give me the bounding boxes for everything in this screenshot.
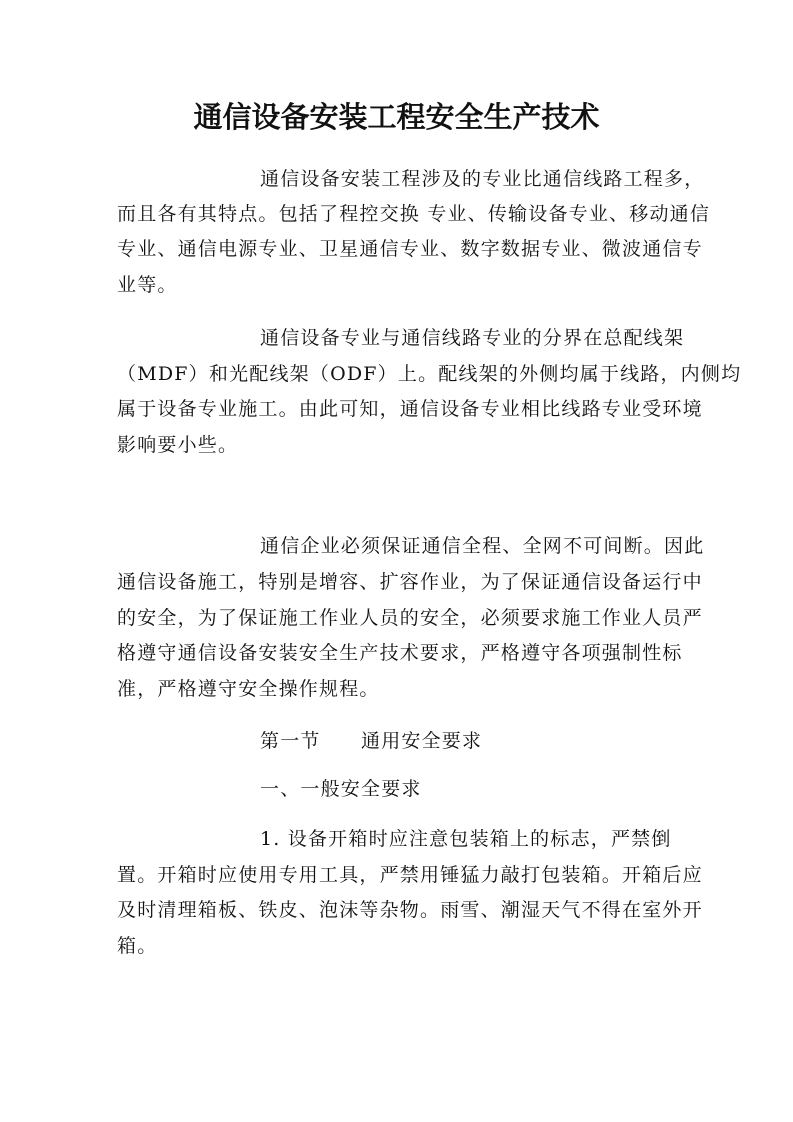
paragraph-line: 的安全，为了保证施工作业人员的安全，必须要求施工作业人员严: [117, 605, 703, 631]
paragraph-line: 通信设备专业与通信线路专业的分界在总配线架: [260, 325, 684, 351]
paragraph-line: 通信企业必须保证通信全程、全网不可间断。因此: [260, 533, 704, 559]
paragraph-line: 1. 设备开箱时应注意包装箱上的标志，严禁倒: [260, 826, 672, 852]
section-heading: 第一节 通用安全要求: [260, 728, 482, 754]
paragraph-line: 及时清理箱板、铁皮、泡沫等杂物。雨雪、潮湿天气不得在室外开: [117, 897, 703, 923]
paragraph-line: 准，严格遵守安全操作规程。: [117, 676, 380, 702]
paragraph-line: 置。开箱时应使用专用工具，严禁用锤猛力敲打包装箱。开箱后应: [117, 862, 703, 888]
paragraph-line: 影响要小些。: [117, 432, 238, 458]
paragraph-line: 通信设备安装工程涉及的专业比通信线路工程多，: [260, 166, 704, 192]
paragraph-line: 箱。: [117, 933, 157, 959]
paragraph-line: 格遵守通信设备安装安全生产技术要求，严格遵守各项强制性标: [117, 640, 683, 666]
paragraph-line: 属于设备专业施工。由此可知，通信设备专业相比线路专业受环境: [117, 396, 703, 422]
subsection-heading: 一、一般安全要求: [260, 776, 422, 802]
document-title: 通信设备安装工程安全生产技术: [0, 97, 793, 137]
paragraph-line: 通信设备施工，特别是增容、扩容作业，为了保证通信设备运行中: [117, 569, 703, 595]
paragraph-line: 而且各有其特点。包括了程控交换 专业、传输设备专业、移动通信: [117, 201, 710, 227]
paragraph-line: 专业、通信电源专业、卫星通信专业、数字数据专业、微波通信专: [117, 236, 703, 262]
paragraph-line: 业等。: [117, 272, 178, 298]
paragraph-line: （MDF）和光配线架（ODF）上。配线架的外侧均属于线路，内侧均: [117, 361, 741, 387]
